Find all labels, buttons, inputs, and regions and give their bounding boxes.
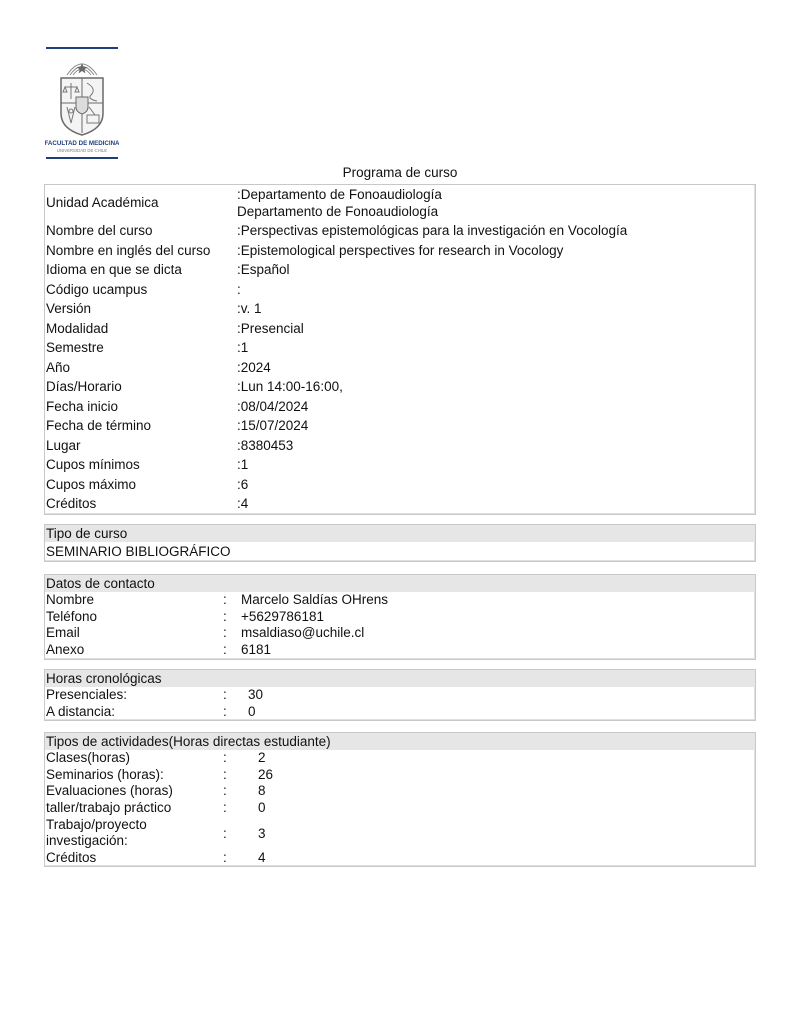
course-type-value: SEMINARIO BIBLIOGRÁFICO <box>45 542 755 561</box>
field-label: Días/Horario <box>46 377 122 397</box>
field-value: :Lun 14:00-16:00, <box>237 377 343 397</box>
course-info-row: Fecha de término:15/07/2024 <box>45 416 755 436</box>
row-separator: : <box>223 817 227 850</box>
actividades-row: Trabajo/proyecto investigación::3 <box>45 817 755 850</box>
row-value: 0 <box>248 704 256 721</box>
row-value: 26 <box>258 767 273 784</box>
row-label: Clases(horas) <box>46 750 130 767</box>
row-label: Trabajo/proyecto investigación: <box>46 817 216 849</box>
contact-header: Datos de contacto <box>45 575 755 592</box>
field-label: Nombre en inglés del curso <box>46 241 210 261</box>
course-info-row: Créditos:4 <box>45 494 755 514</box>
horas-row: Presenciales::30 <box>45 687 755 704</box>
row-value: 6181 <box>241 642 271 659</box>
row-separator: : <box>223 783 227 800</box>
row-separator: : <box>223 687 227 704</box>
field-label: Nombre del curso <box>46 221 153 241</box>
document-title: Programa de curso <box>0 165 800 180</box>
row-separator: : <box>223 625 227 642</box>
contacto-row: Anexo:6181 <box>45 642 755 659</box>
actividades-row: Seminarios (horas)::26 <box>45 767 755 784</box>
actividades-row: taller/trabajo práctico:0 <box>45 800 755 817</box>
field-label: Créditos <box>46 494 96 514</box>
course-info-row: Unidad Académica:Departamento de Fonoaud… <box>45 185 755 221</box>
field-value: :8380453 <box>237 436 293 456</box>
faculty-logo: FACULTAD DE MEDICINA UNIVERSIDAD DE CHIL… <box>45 45 119 161</box>
field-value: :6 <box>237 475 248 495</box>
actividades-row: Clases(horas):2 <box>45 750 755 767</box>
field-value: :Epistemological perspectives for resear… <box>237 241 563 261</box>
row-value: +5629786181 <box>241 609 324 626</box>
field-value: :Presencial <box>237 319 304 339</box>
row-separator: : <box>223 800 227 817</box>
contacto-row: Nombre:Marcelo Saldías OHrens <box>45 592 755 609</box>
course-info-row: Cupos mínimos:1 <box>45 455 755 475</box>
actividades-row: Evaluaciones (horas):8 <box>45 783 755 800</box>
course-info-row: Año:2024 <box>45 358 755 378</box>
field-value: :Español <box>237 260 290 280</box>
course-info-row: Días/Horario:Lun 14:00-16:00, <box>45 377 755 397</box>
hours-section: Horas cronológicas Presenciales::30A dis… <box>44 669 756 721</box>
row-value: 0 <box>258 800 266 817</box>
field-value: :Departamento de FonoaudiologíaDepartame… <box>237 186 442 220</box>
row-label: Seminarios (horas): <box>46 767 164 784</box>
row-separator: : <box>223 850 227 867</box>
contacto-row: Email:msaldiaso@uchile.cl <box>45 625 755 642</box>
field-value: :1 <box>237 455 248 475</box>
field-value: :08/04/2024 <box>237 397 308 417</box>
row-label: Nombre <box>46 592 94 609</box>
row-label: Teléfono <box>46 609 97 626</box>
row-label: A distancia: <box>46 704 115 721</box>
field-label: Unidad Académica <box>46 185 159 221</box>
field-label: Código ucampus <box>46 280 147 300</box>
field-label: Fecha inicio <box>46 397 118 417</box>
hours-header: Horas cronológicas <box>45 670 755 687</box>
field-label: Cupos mínimos <box>46 455 140 475</box>
course-info-row: Fecha inicio:08/04/2024 <box>45 397 755 417</box>
row-label: Evaluaciones (horas) <box>46 783 173 800</box>
row-value: 4 <box>258 850 266 867</box>
course-info-row: Cupos máximo:6 <box>45 475 755 495</box>
activities-header: Tipos de actividades(Horas directas estu… <box>45 733 755 750</box>
row-label: Presenciales: <box>46 687 127 704</box>
row-separator: : <box>223 767 227 784</box>
field-label: Versión <box>46 299 91 319</box>
field-label: Año <box>46 358 70 378</box>
course-info-row: Nombre en inglés del curso:Epistemologic… <box>45 241 755 261</box>
field-value: :1 <box>237 338 248 358</box>
row-separator: : <box>223 592 227 609</box>
course-type-header: Tipo de curso <box>45 525 755 542</box>
svg-text:UNIVERSIDAD DE CHILE: UNIVERSIDAD DE CHILE <box>57 148 108 153</box>
row-label: Créditos <box>46 850 96 867</box>
course-type-section: Tipo de curso SEMINARIO BIBLIOGRÁFICO <box>44 524 756 562</box>
row-label: taller/trabajo práctico <box>46 800 171 817</box>
actividades-row: Créditos:4 <box>45 850 755 867</box>
horas-row: A distancia::0 <box>45 704 755 721</box>
course-info-row: Nombre del curso:Perspectivas epistemoló… <box>45 221 755 241</box>
field-value-line: Departamento de Fonoaudiología <box>237 203 442 220</box>
university-crest-icon: FACULTAD DE MEDICINA UNIVERSIDAD DE CHIL… <box>45 45 119 161</box>
row-value: Marcelo Saldías OHrens <box>241 592 388 609</box>
contacto-row: Teléfono:+5629786181 <box>45 609 755 626</box>
field-label: Lugar <box>46 436 81 456</box>
course-info-row: Semestre:1 <box>45 338 755 358</box>
row-separator: : <box>223 609 227 626</box>
field-value: :15/07/2024 <box>237 416 308 436</box>
field-value: :v. 1 <box>237 299 262 319</box>
row-value: msaldiaso@uchile.cl <box>241 625 364 642</box>
row-value: 30 <box>248 687 263 704</box>
field-label: Cupos máximo <box>46 475 136 495</box>
row-value: 8 <box>258 783 266 800</box>
course-info-row: Versión:v. 1 <box>45 299 755 319</box>
field-label: Semestre <box>46 338 104 358</box>
row-value: 3 <box>258 817 266 850</box>
field-label: Modalidad <box>46 319 108 339</box>
row-value: 2 <box>258 750 266 767</box>
field-label: Fecha de término <box>46 416 151 436</box>
activities-section: Tipos de actividades(Horas directas estu… <box>44 732 756 867</box>
field-value: :Perspectivas epistemológicas para la in… <box>237 221 627 241</box>
row-label: Anexo <box>46 642 84 659</box>
course-info-table: Unidad Académica:Departamento de Fonoaud… <box>44 184 756 515</box>
svg-text:FACULTAD DE MEDICINA: FACULTAD DE MEDICINA <box>45 140 119 147</box>
course-info-row: Modalidad:Presencial <box>45 319 755 339</box>
contact-section: Datos de contacto Nombre:Marcelo Saldías… <box>44 574 756 660</box>
course-info-row: Código ucampus: <box>45 280 755 300</box>
course-info-row: Lugar:8380453 <box>45 436 755 456</box>
field-value: :2024 <box>237 358 271 378</box>
field-value: :4 <box>237 494 248 514</box>
course-info-row: Idioma en que se dicta:Español <box>45 260 755 280</box>
field-value-line: :Departamento de Fonoaudiología <box>237 186 442 203</box>
row-separator: : <box>223 642 227 659</box>
row-separator: : <box>223 750 227 767</box>
field-label: Idioma en que se dicta <box>46 260 182 280</box>
row-separator: : <box>223 704 227 721</box>
row-label: Email <box>46 625 80 642</box>
field-value: : <box>237 280 241 300</box>
